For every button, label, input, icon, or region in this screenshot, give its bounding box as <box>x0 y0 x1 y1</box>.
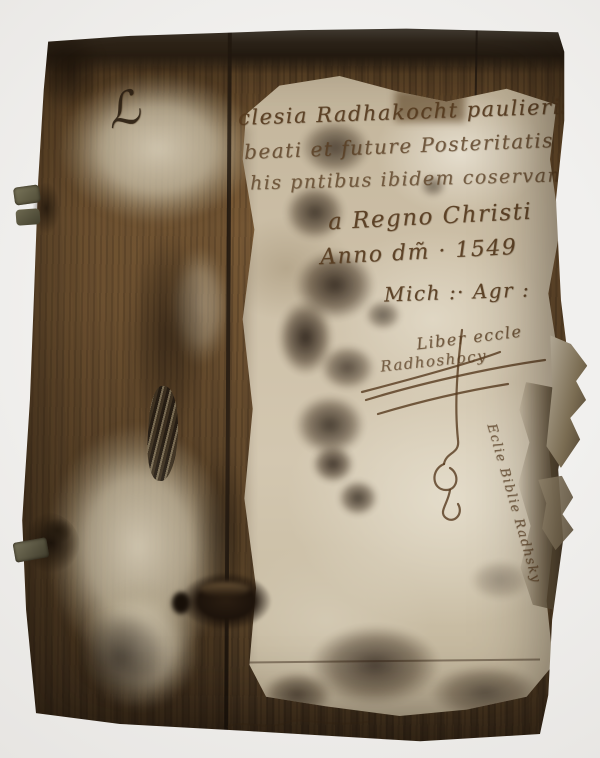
photo-canvas: ℒ clesia Radhakocht paulieris beati et f… <box>0 0 600 758</box>
metal-clasp-upper <box>14 182 60 234</box>
edge-grime-vignette <box>20 20 572 742</box>
torn-leather-fragment-upper <box>546 335 589 468</box>
metal-clasp-lower <box>8 512 80 580</box>
book-board: ℒ clesia Radhakocht paulieris beati et f… <box>20 20 572 742</box>
